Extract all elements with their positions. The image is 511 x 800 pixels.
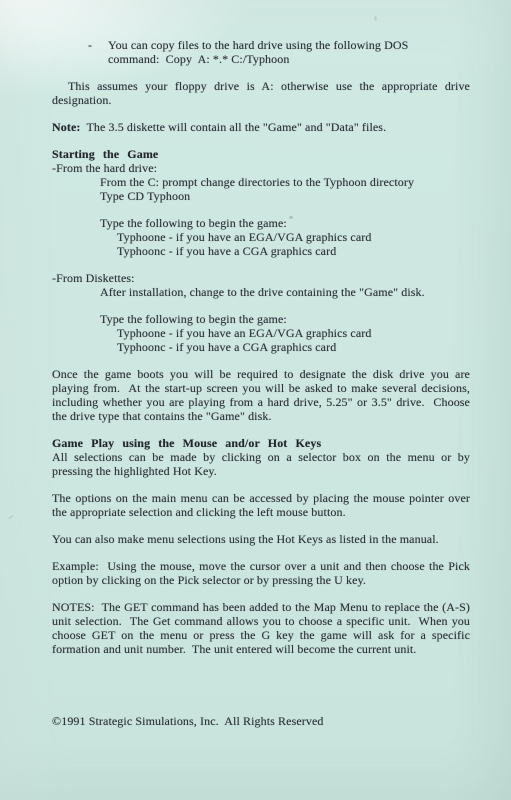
bullet-line: -You can copy files to the hard drive us… xyxy=(52,38,470,52)
paragraph-line: This assumes your floppy drive is A: oth… xyxy=(52,79,470,93)
note-line: Note: The 3.5 diskette will contain all … xyxy=(52,120,470,134)
paragraph-line: Typhoone - if you have an EGA/VGA graphi… xyxy=(52,230,470,244)
paragraph-line: The options on the main menu can be acce… xyxy=(52,491,470,505)
bullet-dash: - xyxy=(88,38,92,52)
paragraph-line: choose GET on the menu or press the G ke… xyxy=(52,628,470,642)
paragraph-line: the drive type that contains the "Game" … xyxy=(52,409,470,423)
paragraph-line: -From Diskettes: xyxy=(52,271,470,285)
bullet-line-cont: command: Copy A: *.* C:/Typhoon xyxy=(52,52,470,66)
paragraph-line: Example: Using the mouse, move the curso… xyxy=(52,559,470,573)
paragraph-line: Type the following to begin the game: xyxy=(52,216,470,230)
paragraph-line: Typhoonc - if you have a CGA graphics ca… xyxy=(52,244,470,258)
paragraph-line: including whether you are playing from a… xyxy=(52,395,470,409)
paragraph-line: NOTES: The GET command has been added to… xyxy=(52,600,470,614)
paragraph-line: Type the following to begin the game: xyxy=(52,312,470,326)
paragraph-line: unit selection. The Get command allows y… xyxy=(52,614,470,628)
scan-speck xyxy=(8,515,14,520)
paragraph-line: -From the hard drive: xyxy=(52,161,470,175)
paragraph-line: Type CD Typhoon xyxy=(52,189,470,203)
section-heading: Game Play using the Mouse and/or Hot Key… xyxy=(52,436,470,450)
bold-label: Note: xyxy=(52,120,80,134)
paragraph-line: formation and unit number. The unit ente… xyxy=(52,642,470,656)
paragraph-line: Typhoone - if you have an EGA/VGA graphi… xyxy=(52,326,470,340)
section-heading: Starting the Game xyxy=(52,147,470,161)
paragraph-line: From the C: prompt change directories to… xyxy=(52,175,470,189)
document-body: -You can copy files to the hard drive us… xyxy=(52,38,470,728)
document-page: -You can copy files to the hard drive us… xyxy=(0,0,511,800)
paragraph-line: Typhoonc - if you have a CGA graphics ca… xyxy=(52,340,470,354)
paragraph-line: option by clicking on the Pick selector … xyxy=(52,573,470,587)
paragraph-line: You can also make menu selections using … xyxy=(52,532,470,546)
paragraph-line: designation. xyxy=(52,93,470,107)
paragraph-line: playing from. At the start-up screen you… xyxy=(52,381,470,395)
scan-speck xyxy=(374,16,377,21)
paragraph-line: pressing the highlighted Hot Key. xyxy=(52,464,470,478)
paragraph-line: After installation, change to the drive … xyxy=(52,285,470,299)
paragraph-line: Once the game boots you will be required… xyxy=(52,367,470,381)
paragraph-line: the appropriate selection and clicking t… xyxy=(52,505,470,519)
paragraph-line: All selections can be made by clicking o… xyxy=(52,450,470,464)
copyright-line: ©1991 Strategic Simulations, Inc. All Ri… xyxy=(52,714,470,728)
